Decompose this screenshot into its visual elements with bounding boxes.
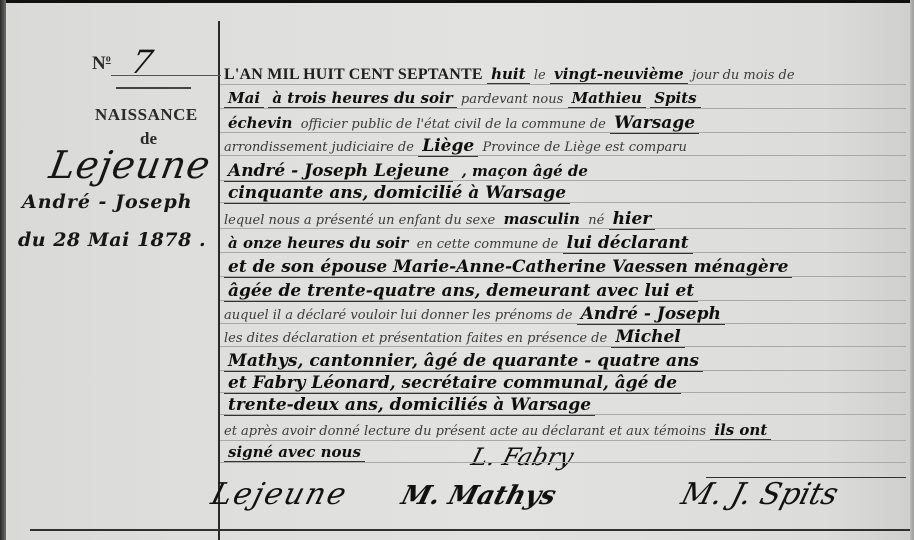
ruled-line [220, 155, 906, 156]
record-line: signé avec nous [224, 443, 365, 461]
margin-date: du 28 Mai 1878 . [18, 229, 206, 251]
handwritten-entry: et Fabry Léonard, secrétaire communal, â… [224, 373, 681, 394]
margin-surname: Lejeune [46, 143, 214, 187]
handwritten-entry: à trois heures du soir [268, 89, 456, 108]
ruled-line [220, 323, 906, 324]
ruled-line [220, 462, 906, 463]
signature-mathys: M. Mathys [398, 481, 559, 511]
ruled-line [220, 252, 906, 253]
printed-text: né [588, 213, 604, 228]
record-line: à onze heures du soir en cette commune d… [224, 233, 693, 253]
signature-fabry: L. Fabry [468, 443, 576, 471]
printed-text: auquel il a déclaré vouloir lui donner l… [224, 308, 572, 323]
ruled-line [220, 202, 906, 203]
record-line: échevin officier public de l'état civil … [224, 113, 699, 133]
ruled-line [220, 180, 906, 181]
ruled-line [220, 392, 906, 393]
scan-right-edge [910, 0, 914, 540]
handwritten-entry: Warsage [610, 113, 699, 134]
signature-spits: M. J. Spits [677, 477, 842, 512]
handwritten-entry: lui déclarant [563, 233, 693, 254]
handwritten-entry: vingt-neuvième [550, 65, 688, 84]
record-number-label: No [92, 53, 111, 75]
printed-text: officier public de l'état civil de la co… [301, 117, 606, 132]
number-rule [111, 75, 221, 76]
record-line: Mai à trois heures du soir pardevant nou… [224, 89, 701, 107]
ruled-line [220, 414, 906, 415]
record-line: auquel il a déclaré vouloir lui donner l… [224, 304, 725, 324]
printed-text: en cette commune de [417, 237, 559, 252]
printed-text: arrondissement judiciaire de [224, 140, 414, 155]
margin-given-names: André - Joseph [22, 191, 193, 213]
handwritten-entry: signé avec nous [224, 443, 365, 462]
handwritten-entry: et de son épouse Marie-Anne-Catherine Va… [224, 257, 792, 278]
ruled-line [220, 108, 906, 109]
handwritten-entry: à onze heures du soir [224, 234, 412, 253]
record-line: lequel nous a présenté un enfant du sexe… [224, 209, 655, 229]
record-line: André - Joseph Lejeune , maçon âgé de [224, 161, 592, 181]
handwritten-entry: Spits [650, 89, 700, 108]
ruled-line [220, 346, 906, 347]
handwritten-entry: Mathys, cantonnier, âgé de quarante - qu… [224, 351, 703, 372]
ruled-line [220, 440, 906, 441]
printed-text: lequel nous a présenté un enfant du sexe [224, 213, 495, 228]
number-rule-underline [116, 87, 191, 89]
record-line: et après avoir donné lecture du présent … [224, 421, 771, 439]
printed-text: jour du mois de [692, 68, 795, 83]
ruled-line [220, 84, 906, 85]
handwritten-entry: Mathieu [568, 89, 646, 108]
bottom-rule [30, 529, 910, 531]
record-line: et de son épouse Marie-Anne-Catherine Va… [224, 257, 792, 277]
margin-heading: NAISSANCE [95, 105, 198, 125]
ruled-line [220, 370, 906, 371]
printed-heading: L'AN MIL HUIT CENT SEPTANTE [224, 66, 483, 83]
handwritten-entry: André - Joseph Lejeune [224, 161, 453, 182]
handwritten-entry: , maçon âgé de [458, 162, 592, 181]
register-page: No 7 NAISSANCE de Lejeune André - Joseph… [6, 3, 914, 540]
printed-text: et après avoir donné lecture du présent … [224, 424, 706, 439]
handwritten-entry: échevin [224, 114, 296, 133]
record-line: arrondissement judiciaire de Liège Provi… [224, 136, 687, 156]
printed-text: Province de Liège est comparu [482, 140, 686, 155]
handwritten-entry: âgée de trente-quatre ans, demeurant ave… [224, 281, 698, 302]
handwritten-entry: Mai [224, 89, 264, 108]
signature-flourish [706, 477, 906, 478]
handwritten-entry: cinquante ans, domicilié à Warsage [224, 183, 570, 204]
record-line: cinquante ans, domicilié à Warsage [224, 183, 570, 203]
ruled-line [220, 132, 906, 133]
signature-lejeune: Lejeune [207, 477, 352, 512]
ruled-line [220, 300, 906, 301]
handwritten-entry: trente-deux ans, domiciliés à Warsage [224, 395, 595, 416]
printed-text: le [534, 68, 546, 83]
handwritten-entry: Liège [418, 136, 478, 157]
handwritten-entry: ils ont [710, 421, 771, 440]
record-line: âgée de trente-quatre ans, demeurant ave… [224, 281, 698, 301]
record-line: Mathys, cantonnier, âgé de quarante - qu… [224, 351, 703, 371]
record-line: L'AN MIL HUIT CENT SEPTANTE huit le ving… [224, 65, 795, 84]
record-line: les dites déclaration et présentation fa… [224, 327, 685, 347]
handwritten-entry: masculin [500, 210, 584, 229]
handwritten-entry: Michel [611, 327, 684, 348]
ruled-line [220, 228, 906, 229]
printed-text: les dites déclaration et présentation fa… [224, 331, 607, 346]
ruled-line [220, 276, 906, 277]
handwritten-entry: hier [609, 209, 656, 230]
handwritten-entry: André - Joseph [577, 304, 725, 325]
printed-text: pardevant nous [461, 92, 563, 107]
handwritten-entry: huit [487, 65, 529, 84]
record-line: et Fabry Léonard, secrétaire communal, â… [224, 373, 681, 393]
record-line: trente-deux ans, domiciliés à Warsage [224, 395, 595, 415]
